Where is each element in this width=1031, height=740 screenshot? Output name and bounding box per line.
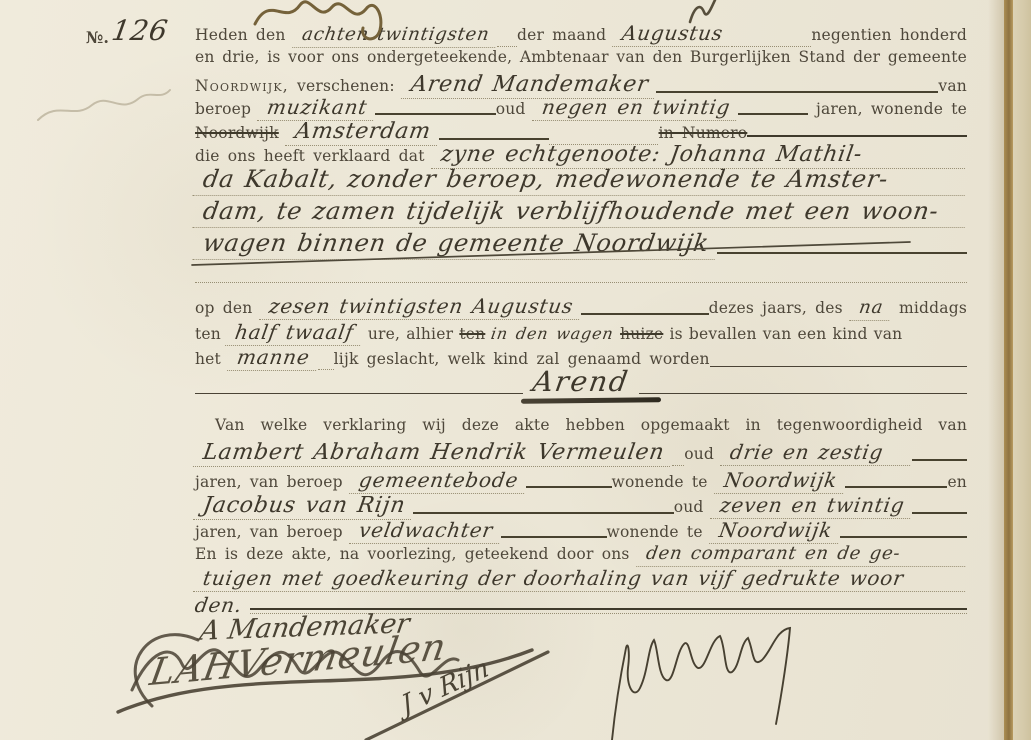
top-flourish-fragment-2 — [690, 0, 715, 22]
witness1-line-2: jaren, van beroep gemeentebode wonende t… — [195, 469, 967, 494]
printed-oud: oud — [496, 101, 526, 119]
dash-fill — [845, 486, 948, 488]
dash-fill — [375, 113, 495, 115]
witness1-line-1: Lambert Abraham Hendrik Vermeulen oud dr… — [195, 440, 967, 467]
dotted-fill — [497, 30, 517, 47]
hw-witness1-residence: Noordwijk — [714, 469, 847, 494]
declaration-line-4: wagen binnen de gemeente Noordwijk — [195, 230, 967, 260]
hw-daypart: na — [849, 298, 893, 321]
rule-fill — [639, 393, 967, 394]
printed-wonende-2: wonende te — [607, 524, 703, 542]
hw-child-name: Arend — [520, 366, 641, 398]
birth-line-2: ten half twaalf ure, alhier ten in den w… — [195, 321, 967, 346]
printed-year: negentien honderd — [811, 27, 967, 45]
printed-numero-struck: in Numero — [658, 125, 747, 143]
hw-closing-1: den comparant en de ge- — [636, 544, 969, 567]
hw-occupation: muzikant — [257, 96, 377, 121]
witness2-line-1: Jacobus van Rijn oud zeven en twintig — [195, 493, 967, 520]
intro-line-4: beroep muzikant oud negen en twintig jar… — [195, 96, 967, 121]
hw-place-inserted: in den wagen — [490, 325, 615, 343]
blank-dotted-line — [195, 282, 967, 283]
hw-witness2-residence: Noordwijk — [709, 519, 842, 544]
printed-verklaard: die ons heeft verklaard dat — [195, 148, 425, 166]
hw-witness2-age: zeven en twintig — [710, 494, 914, 519]
dash-fill — [912, 459, 967, 461]
printed-wonende-1: wonende te — [612, 474, 708, 492]
dash-fill — [912, 512, 967, 514]
witness2-line-2: jaren, van beroep veldwachter wonende te… — [195, 519, 967, 544]
printed-van: van — [938, 78, 967, 96]
printed-ten: ten — [195, 326, 221, 344]
dash-fill — [413, 512, 674, 514]
printed-jaren-wonende: jaren, wonende te — [816, 101, 967, 119]
dash-fill — [501, 536, 607, 538]
dash-fill — [526, 486, 612, 488]
registrar-signature — [612, 628, 790, 740]
rule-fill — [195, 393, 523, 394]
hw-witness1-occupation: gemeentebode — [349, 469, 528, 494]
printed-beroep: beroep — [195, 101, 251, 119]
printed-jaren-beroep-2: jaren, van beroep — [195, 524, 343, 542]
child-name-line: Arend — [195, 366, 967, 398]
hw-witness2-name: Jacobus van Rijn — [193, 493, 415, 520]
closing-line-2: tuigen met goedkeuring der doorhaling va… — [195, 567, 967, 592]
hw-witness2-occupation: veldwachter — [349, 519, 503, 544]
closing-line-1: En is deze akte, na voorlezing, geteeken… — [195, 544, 967, 567]
printed-bevallen: is bevallen van een kind van — [669, 326, 902, 344]
intro-line-1: Heden den achten twintigsten der maand A… — [195, 22, 967, 48]
hw-age: negen en twintig — [532, 96, 740, 121]
printed-en: en — [947, 474, 967, 492]
hw-spouse-4: wagen binnen de gemeente Noordwijk — [193, 230, 719, 260]
strike-line — [747, 135, 967, 137]
printed-residence-struck: Noordwijk — [195, 125, 279, 143]
printed-ten-struck: ten — [459, 326, 485, 344]
margin-pencil-annotation — [38, 90, 170, 120]
printed-oud-1: oud — [684, 446, 714, 464]
hw-month: Augustus — [612, 22, 733, 47]
intro-line-2: en drie, is voor ons ondergeteekende, Am… — [195, 49, 967, 67]
dash-fill — [581, 313, 709, 315]
hw-spouse-2: da Kabalt, zonder beroep, medewonende te… — [193, 166, 970, 196]
hw-day: achten twintigsten — [292, 25, 499, 48]
act-number-value: 126 — [109, 14, 170, 47]
hw-witness1-name: Lambert Abraham Hendrik Vermeulen — [193, 440, 675, 467]
printed-der-maand: der maand — [517, 27, 606, 45]
printed-huize-struck: huize — [620, 326, 663, 344]
printed-op-den: op den — [195, 300, 252, 318]
hw-closing-2: tuigen met goedkeuring der doorhaling va… — [193, 567, 969, 592]
page-edge-shadow — [988, 0, 1004, 740]
dotted-fill — [672, 450, 684, 467]
child-name-underline — [521, 397, 661, 403]
printed-heden-den: Heden den — [195, 27, 286, 45]
declaration-line-2: da Kabalt, zonder beroep, medewonende te… — [195, 166, 967, 196]
dash-fill — [656, 91, 938, 93]
act-number-label: №. — [86, 28, 109, 47]
hw-spouse-3: dam, te zamen tijdelijk verblijfhoudende… — [193, 198, 970, 228]
witnesses-intro: Van welke verklaring wij deze akte hebbe… — [195, 417, 967, 435]
hw-birth-date: zesen twintigsten Augustus — [259, 295, 583, 320]
hw-time: half twaalf — [225, 321, 364, 346]
printed-ure-alhier: ure, alhier — [368, 326, 453, 344]
page-edge — [1004, 0, 1013, 740]
declaration-line-3: dam, te zamen tijdelijk verblijfhoudende… — [195, 198, 967, 228]
dash-fill — [738, 113, 808, 115]
next-page-edge — [1013, 0, 1031, 740]
dash-fill — [717, 252, 967, 254]
printed-dezes-jaars: dezes jaars, des — [709, 300, 843, 318]
dotted-fill — [731, 30, 811, 47]
dash-fill — [840, 536, 967, 538]
printed-municipality: Noordwijk, — [195, 78, 289, 96]
printed-oud-2: oud — [674, 499, 704, 517]
printed-closing: En is deze akte, na voorlezing, geteeken… — [195, 546, 630, 564]
printed-middags: middags — [899, 300, 967, 318]
printed-verschenen: verschenen: — [297, 78, 395, 96]
dash-fill — [439, 138, 549, 140]
printed-jaren-beroep-1: jaren, van beroep — [195, 474, 343, 492]
birth-certificate-scan: №. 126 Heden den achten twintigsten der … — [0, 0, 1031, 740]
birth-line-1: op den zesen twintigsten Augustus dezes … — [195, 295, 967, 321]
hw-witness1-age: drie en zestig — [720, 441, 914, 466]
